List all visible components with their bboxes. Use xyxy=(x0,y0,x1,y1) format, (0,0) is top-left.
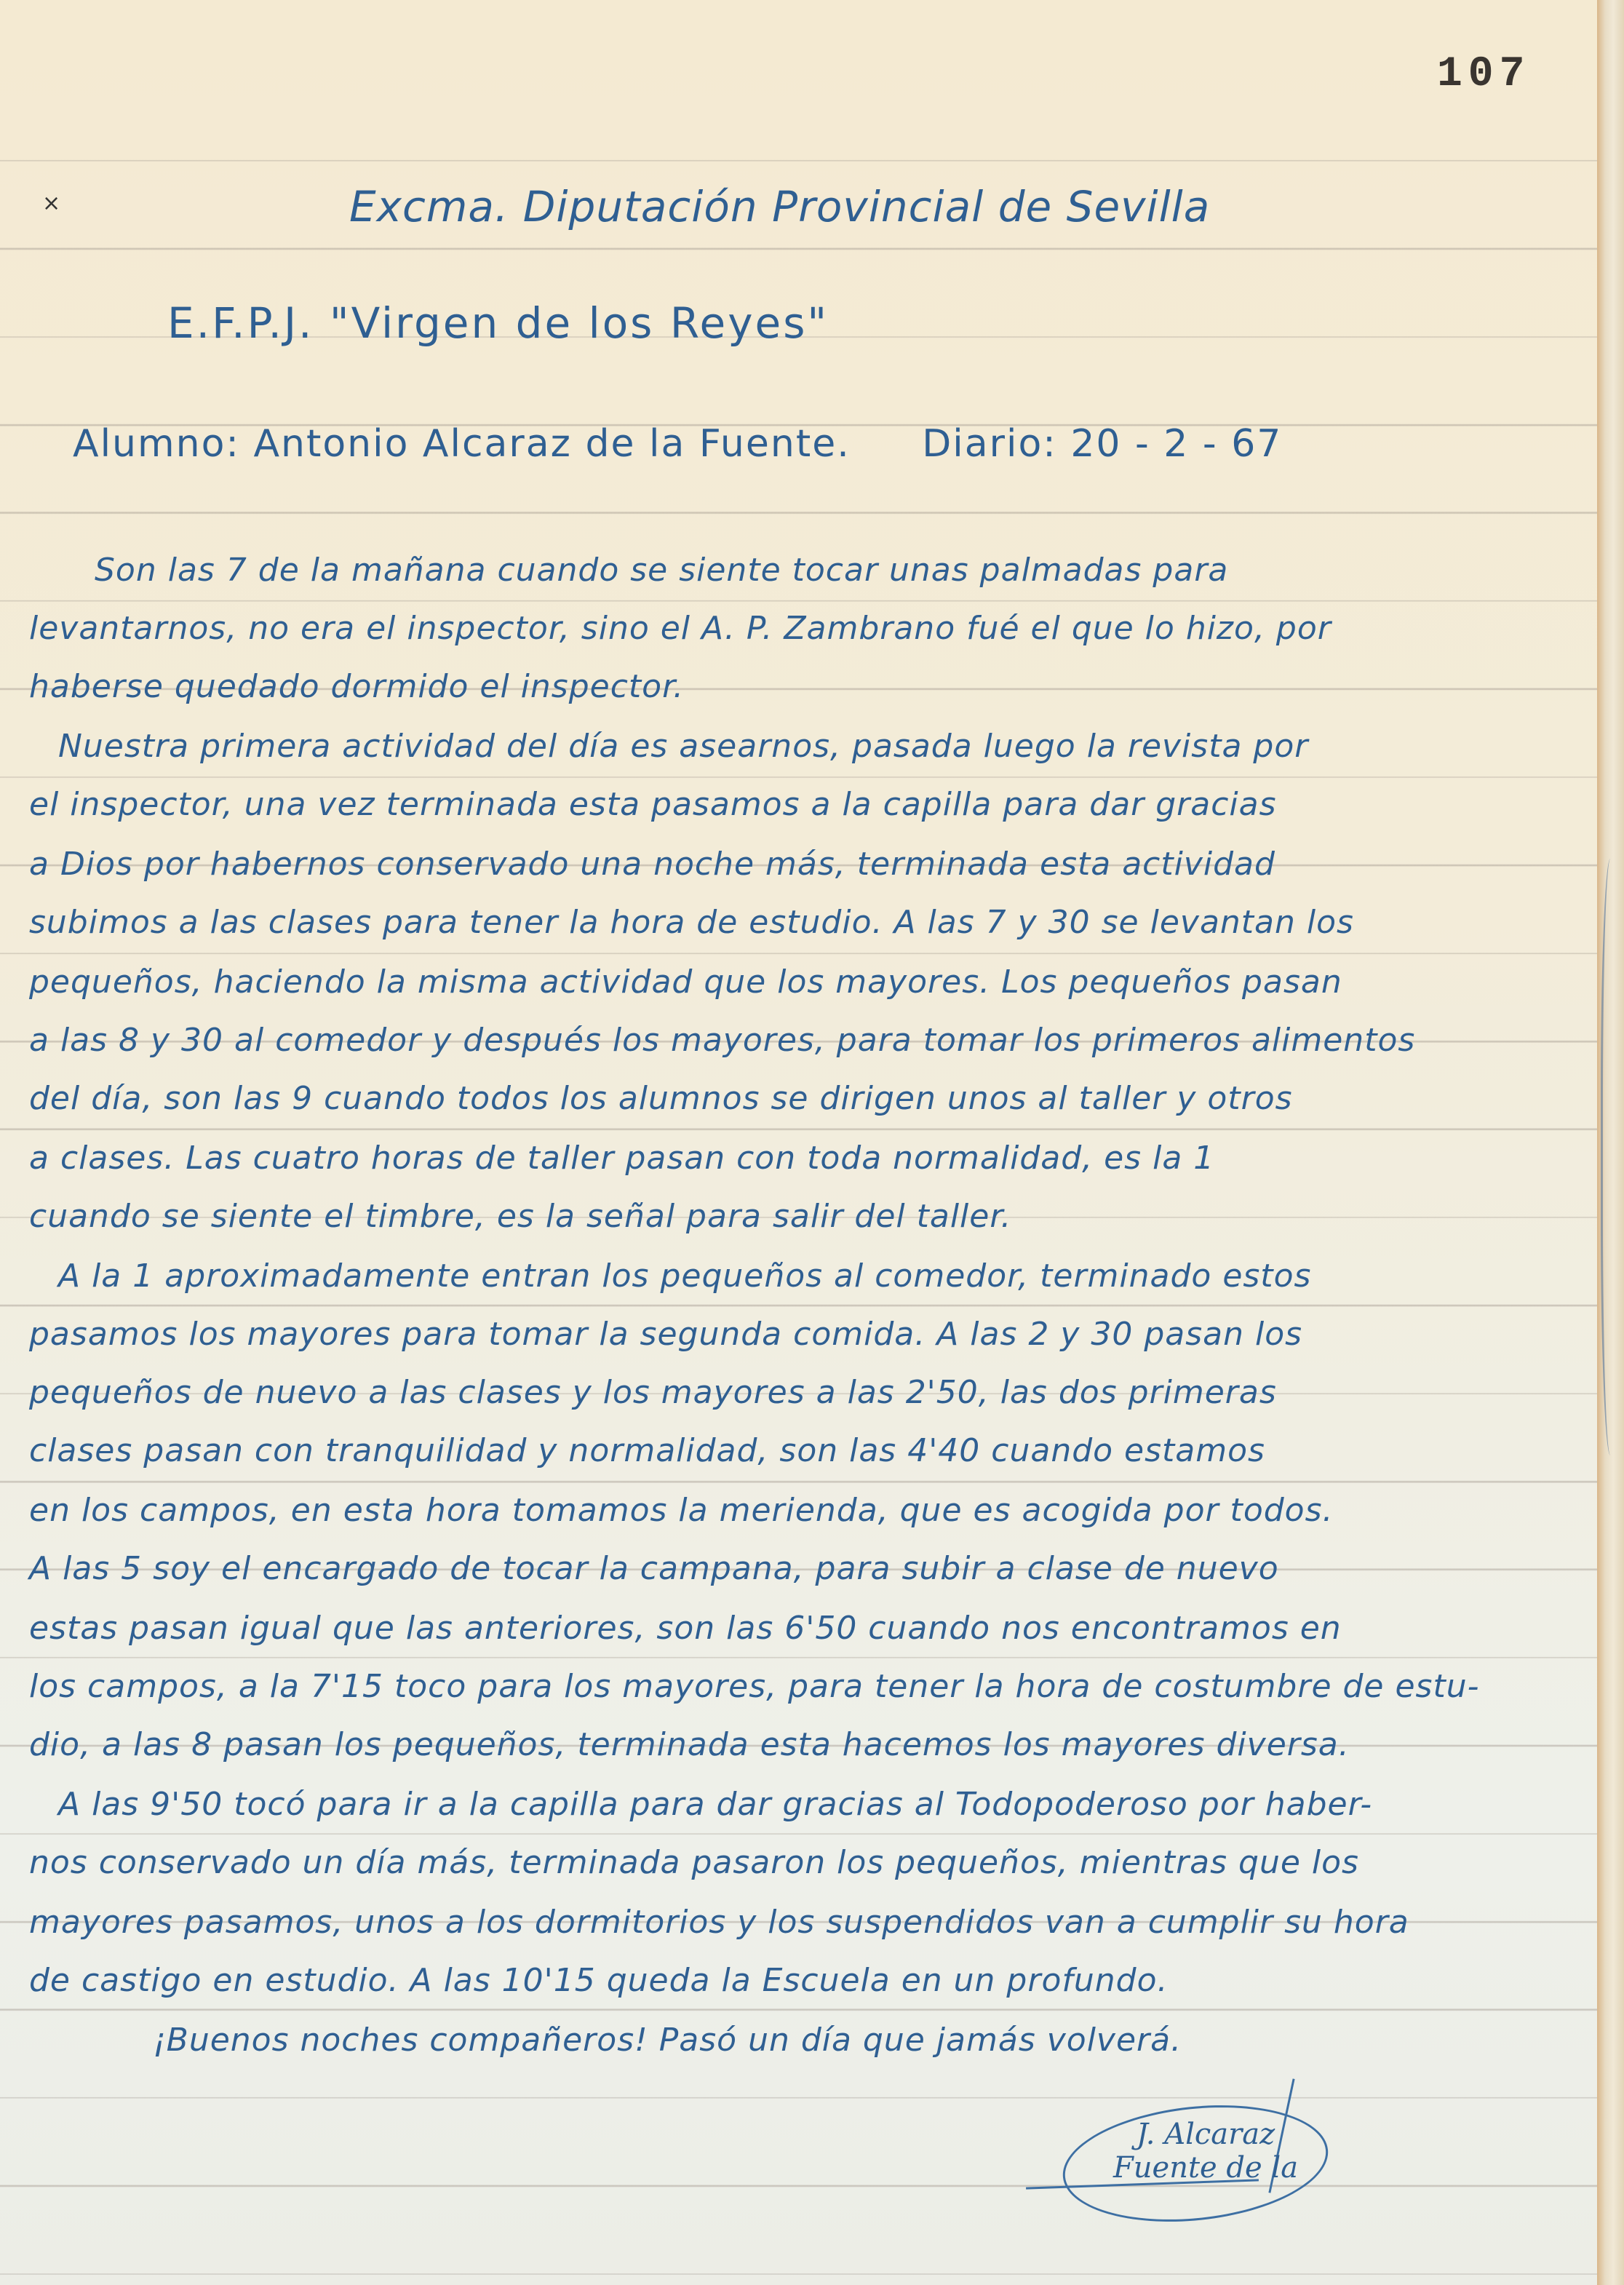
signature-line-2: Fuente de la xyxy=(1113,2151,1298,2185)
body-line: A las 5 soy el encargado de tocar la cam… xyxy=(29,1550,1279,1587)
body-line: pequeños, haciendo la misma actividad qu… xyxy=(29,963,1342,1001)
body-line: mayores pasamos, unos a los dormitorios … xyxy=(29,1904,1409,1941)
body-line: A las 9'50 tocó para ir a la capilla par… xyxy=(58,1786,1372,1823)
body-line: estas pasan igual que las anteriores, so… xyxy=(29,1610,1342,1647)
body-line: Nuestra primera actividad del día es ase… xyxy=(58,728,1308,765)
diary-date: 20 - 2 - 67 xyxy=(1070,422,1282,466)
body-line: a Dios por habernos conservado una noche… xyxy=(29,846,1275,883)
adjacent-page-ink xyxy=(1601,859,1624,1455)
body-line: ¡Buenos noches compañeros! Pasó un día q… xyxy=(153,2022,1182,2059)
student-name: Antonio Alcaraz de la Fuente. xyxy=(253,422,850,466)
page-number: 107 xyxy=(1437,51,1530,98)
body-line: nos conservado un día más, terminada pas… xyxy=(29,1844,1359,1881)
margin-mark: × xyxy=(42,191,60,216)
diary-label: Diario: xyxy=(922,422,1057,466)
body-line: a clases. Las cuatro horas de taller pas… xyxy=(29,1140,1214,1177)
signature: J. Alcaraz Fuente de la xyxy=(1048,2078,1339,2252)
body-line: a las 8 y 30 al comedor y después los ma… xyxy=(29,1022,1415,1059)
signature-text: J. Alcaraz Fuente de la xyxy=(1113,2118,1298,2185)
body-line: dio, a las 8 pasan los pequeños, termina… xyxy=(29,1726,1350,1763)
body-line: Son las 7 de la mañana cuando se siente … xyxy=(95,552,1228,589)
institution-heading: Excma. Diputación Provincial de Sevilla xyxy=(349,182,1210,231)
body-line: pequeños de nuevo a las clases y los may… xyxy=(29,1374,1277,1411)
body-line: el inspector, una vez terminada esta pas… xyxy=(29,786,1277,823)
body-line: haberse quedado dormido el inspector. xyxy=(29,668,684,705)
school-heading: E.F.P.J. "Virgen de los Reyes" xyxy=(167,298,829,348)
body-line: del día, son las 9 cuando todos los alum… xyxy=(29,1080,1293,1117)
body-line: clases pasan con tranquilidad y normalid… xyxy=(29,1432,1265,1469)
body-line: cuando se siente el timbre, es la señal … xyxy=(29,1198,1011,1235)
signature-line-1: J. Alcaraz xyxy=(1113,2118,1298,2151)
body-line: levantarnos, no era el inspector, sino e… xyxy=(29,610,1332,647)
student-diary-line: Alumno: Antonio Alcaraz de la Fuente. Di… xyxy=(73,422,1282,466)
notebook-page: 107 × Excma. Diputación Provincial de Se… xyxy=(0,0,1597,2285)
body-line: pasamos los mayores para tomar la segund… xyxy=(29,1316,1302,1353)
body-line: de castigo en estudio. A las 10'15 queda… xyxy=(29,1962,1168,1999)
body-line: subimos a las clases para tener la hora … xyxy=(29,904,1354,941)
body-line: los campos, a la 7'15 toco para los mayo… xyxy=(29,1668,1480,1705)
body-line: en los campos, en esta hora tomamos la m… xyxy=(29,1492,1334,1529)
body-line: A la 1 aproximadamente entran los pequeñ… xyxy=(58,1257,1311,1295)
student-label: Alumno: xyxy=(73,422,240,466)
